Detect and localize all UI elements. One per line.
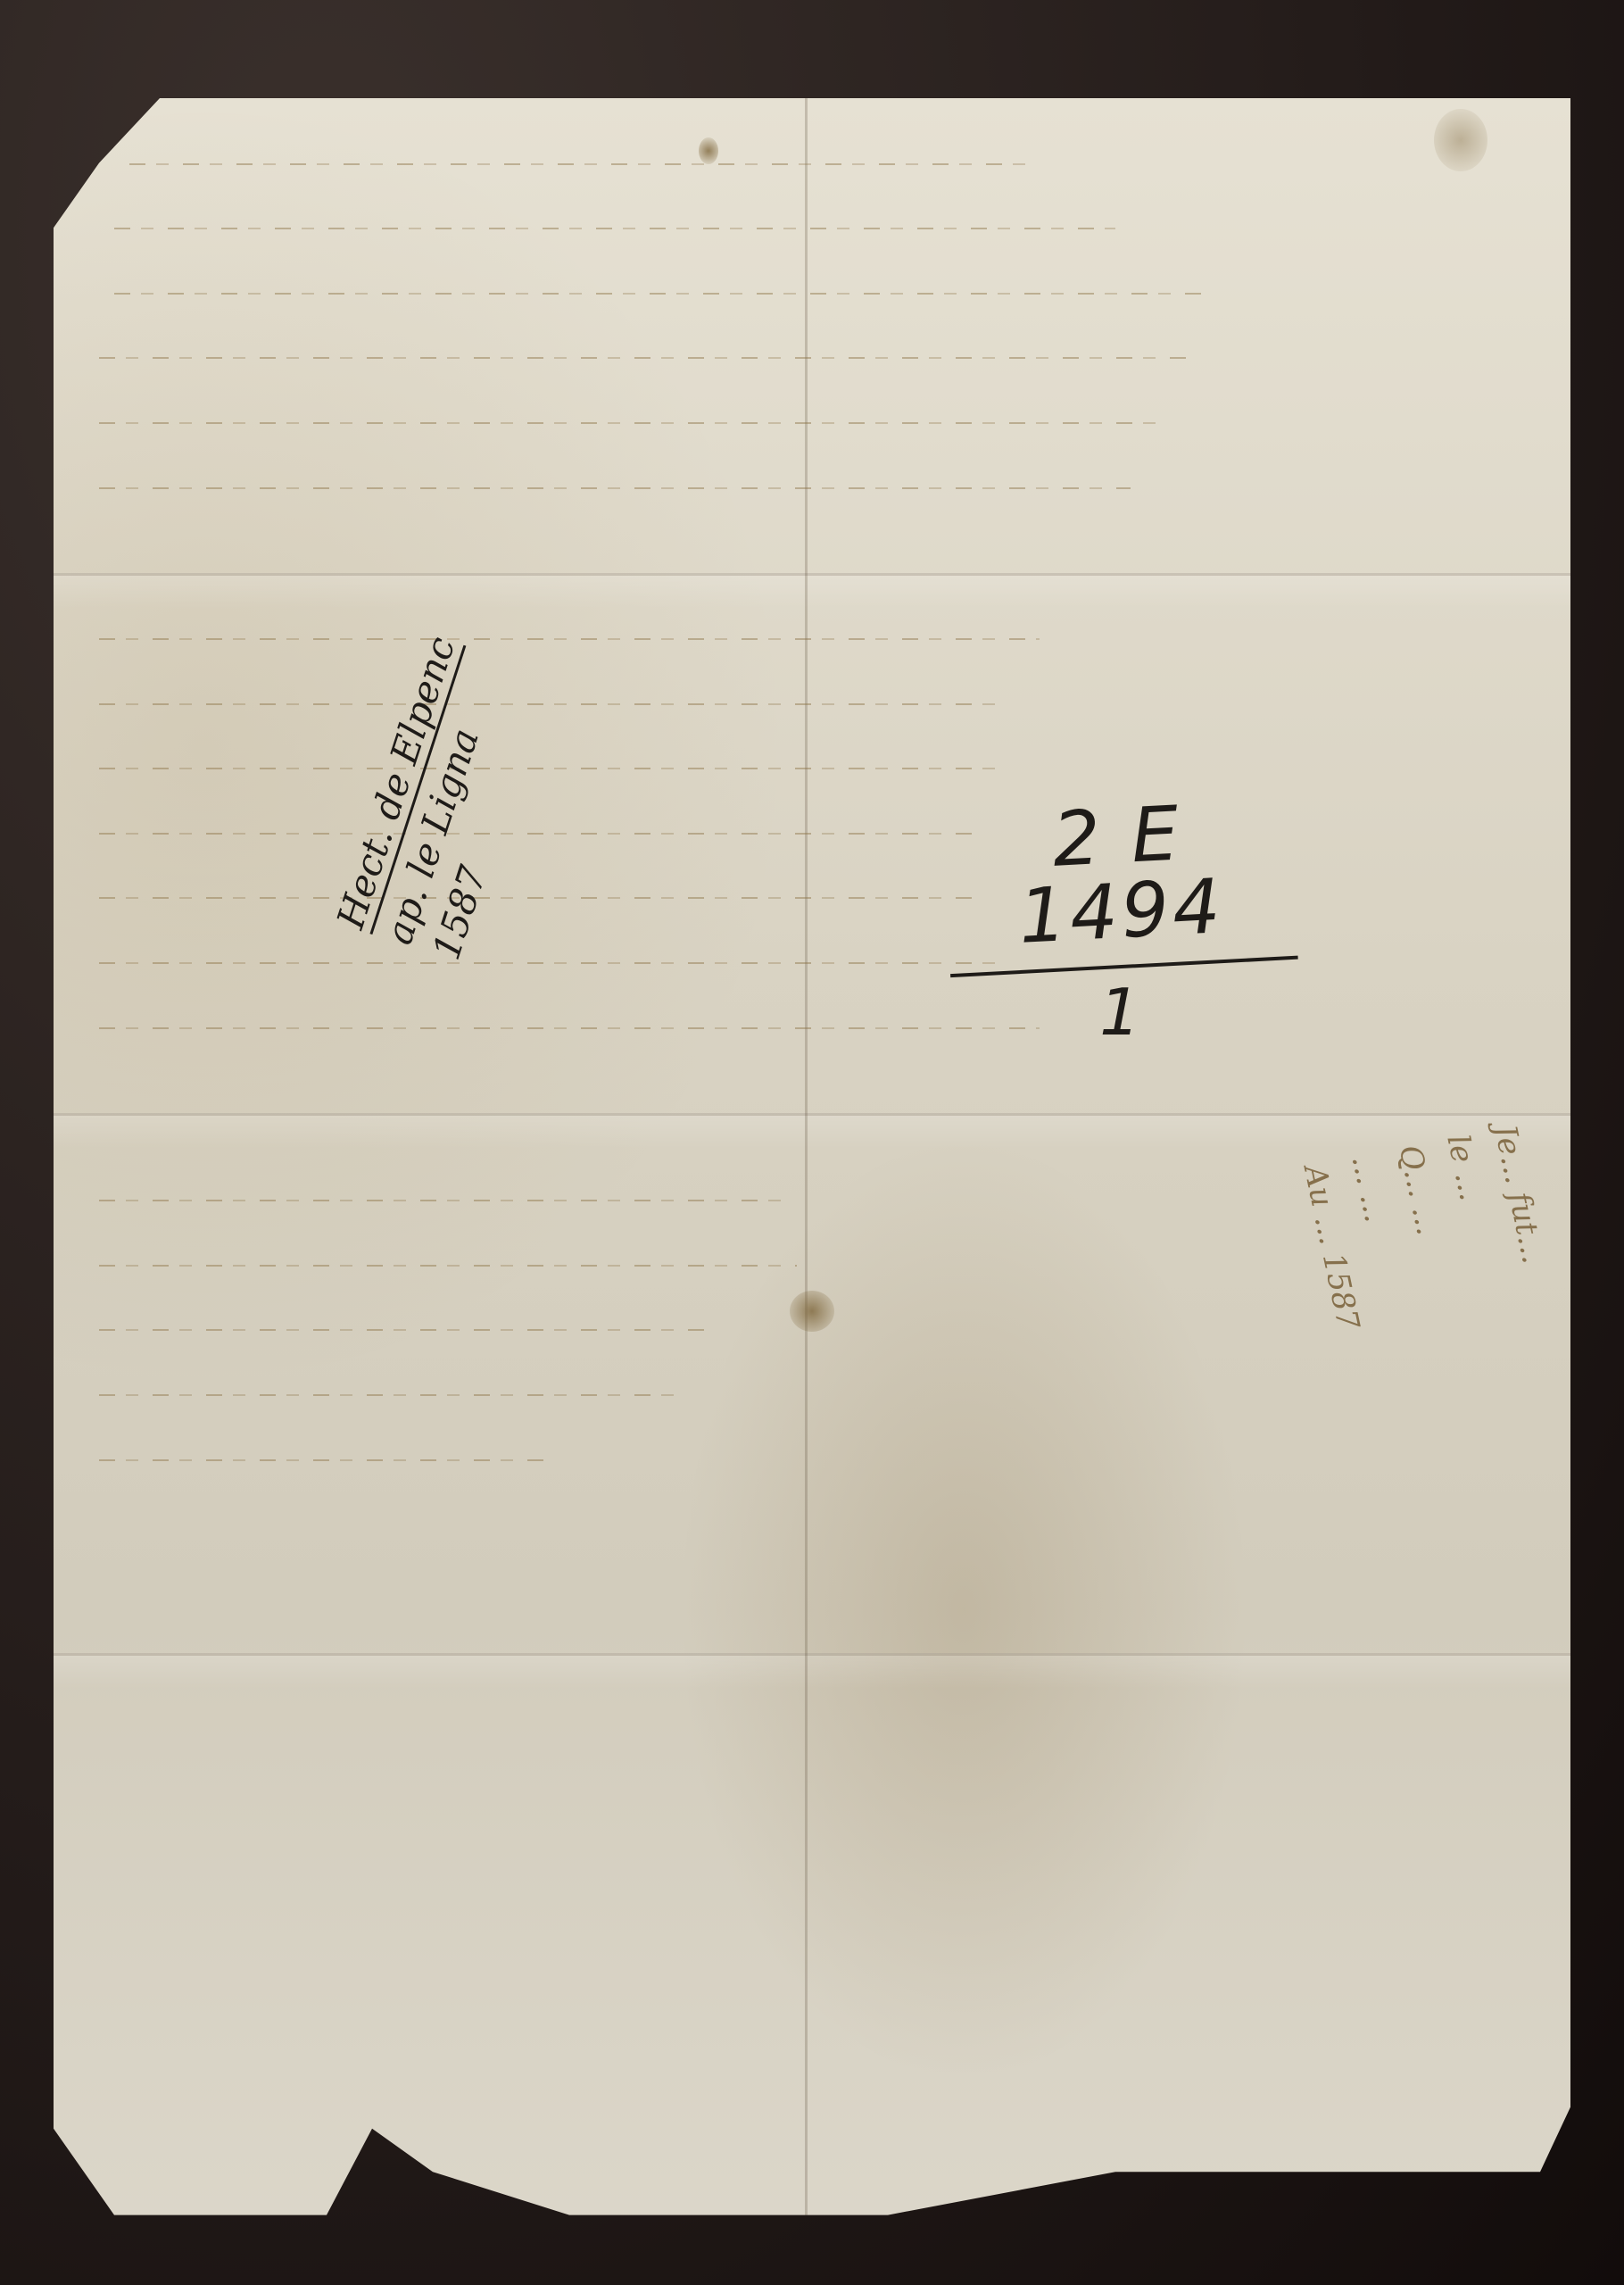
faint-script-line xyxy=(99,897,979,899)
faint-script-line xyxy=(99,962,1009,964)
faint-script-line xyxy=(99,1459,554,1461)
faint-script-line xyxy=(99,1394,675,1396)
water-stain xyxy=(1434,109,1487,171)
faint-script-line xyxy=(99,357,1191,359)
faint-script-line xyxy=(114,293,1206,295)
faint-script-line xyxy=(99,833,979,835)
shelfmark-item-number: 1 xyxy=(946,974,1294,1051)
faint-script-line xyxy=(99,1265,797,1267)
faint-script-line xyxy=(99,1329,706,1331)
fold-shade xyxy=(54,1113,1570,1149)
faint-script-line xyxy=(99,1200,782,1201)
faint-script-line xyxy=(99,768,1009,769)
faint-script-line xyxy=(99,638,1040,640)
faint-script-line xyxy=(99,487,1131,489)
fold-shade xyxy=(54,573,1570,609)
ink-stain xyxy=(790,1291,834,1332)
ink-stain xyxy=(699,137,718,164)
shelfmark-reference: 2 E 1494 xyxy=(941,790,1297,977)
archival-shelfmark: 2 E 1494 1 xyxy=(946,799,1294,1051)
faint-script-line xyxy=(129,163,1040,165)
fold-shade xyxy=(54,1653,1570,1689)
faint-script-line xyxy=(99,422,1161,424)
faint-script-line xyxy=(114,228,1115,229)
faint-script-line xyxy=(99,1027,1040,1029)
